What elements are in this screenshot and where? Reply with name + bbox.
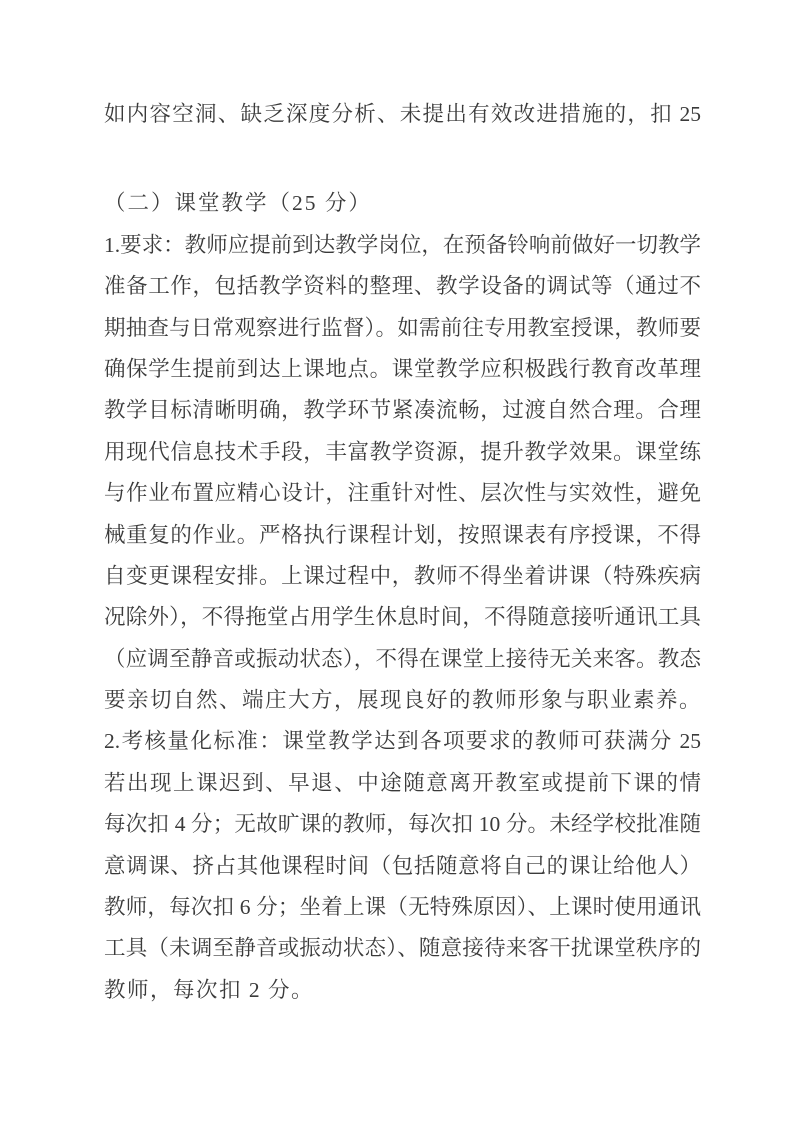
text-line: 教师，每次扣 6 分；坐着上课（无特殊原因）、上课时使用通讯: [104, 887, 701, 928]
text-line: 工具（未调至静音或振动状态）、随意接待来客干扰课堂秩序的: [104, 928, 701, 969]
text-line: 1.要求：教师应提前到达教学岗位，在预备铃响前做好一切教学: [104, 225, 701, 266]
text-line: 要亲切自然、端庄大方，展现良好的教师形象与职业素养。: [104, 680, 701, 721]
text-line: 若出现上课迟到、早退、中途随意离开教室或提前下课的情况，: [104, 763, 701, 804]
text-line: 教师，每次扣 2 分。: [104, 970, 701, 1011]
document-body: 如内容空洞、缺乏深度分析、未提出有效改进措施的，扣 25 分。（二）课堂教学（2…: [104, 94, 701, 1011]
text-line: 确保学生提前到达上课地点。课堂教学应积极践行教育改革理念，: [104, 349, 701, 390]
document-page: 如内容空洞、缺乏深度分析、未提出有效改进措施的，扣 25 分。（二）课堂教学（2…: [0, 0, 793, 1122]
text-line: 械重复的作业。严格执行课程计划，按照课表有序授课，不得擅: [104, 515, 701, 556]
paragraph-spacer: [104, 135, 701, 183]
text-line: 用现代信息技术手段，丰富教学资源，提升教学效果。课堂练习: [104, 432, 701, 473]
text-line: 2.考核量化标准：课堂教学达到各项要求的教师可获满分 25 分。: [104, 721, 701, 762]
text-line: 期抽查与日常观察进行监督）。如需前往专用教室授课，教师要: [104, 308, 701, 349]
text-line: 准备工作，包括教学资料的整理、教学设备的调试等（通过不定: [104, 266, 701, 307]
text-line: 与作业布置应精心设计，注重针对性、层次性与实效性，避免机: [104, 473, 701, 514]
text-line: （应调至静音或振动状态），不得在课堂上接待无关来客。教态: [104, 639, 701, 680]
text-line: 如内容空洞、缺乏深度分析、未提出有效改进措施的，扣 25 分。: [104, 94, 701, 135]
section-heading: （二）课堂教学（25 分）: [104, 183, 701, 224]
text-line: 意调课、挤占其他课程时间（包括随意将自己的课让给他人）的: [104, 846, 701, 887]
text-line: 况除外），不得拖堂占用学生休息时间，不得随意接听通讯工具: [104, 597, 701, 638]
text-line: 教学目标清晰明确，教学环节紧凑流畅，过渡自然合理。合理运: [104, 390, 701, 431]
text-line: 自变更课程安排。上课过程中，教师不得坐着讲课（特殊疾病情: [104, 556, 701, 597]
text-line: 每次扣 4 分；无故旷课的教师，每次扣 10 分。未经学校批准随: [104, 804, 701, 845]
